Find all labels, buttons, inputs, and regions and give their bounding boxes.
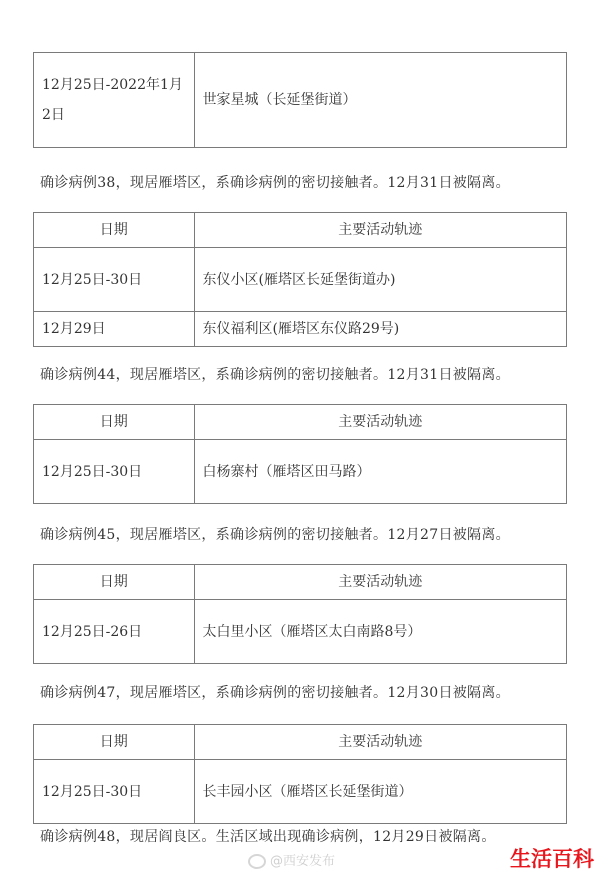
date-cell: 12月25日-26日 <box>34 600 195 664</box>
case-38-description: 确诊病例38，现居雁塔区，系确诊病例的密切接触者。12月31日被隔离。 <box>40 172 580 192</box>
location-cell: 太白里小区（雁塔区太白南路8号） <box>194 600 567 664</box>
table-header-row: 日期 主要活动轨迹 <box>34 405 567 440</box>
table-row: 12月25日-26日 太白里小区（雁塔区太白南路8号） <box>34 600 567 664</box>
date-header: 日期 <box>34 565 195 600</box>
location-cell: 世家星城（长延堡街道） <box>194 53 566 148</box>
table-row: 12月25日-30日 白杨寨村（雁塔区田马路） <box>34 440 567 504</box>
location-cell: 白杨寨村（雁塔区田马路） <box>194 440 567 504</box>
location-cell: 长丰园小区（雁塔区长延堡街道） <box>194 760 567 824</box>
date-header: 日期 <box>34 405 195 440</box>
table-row: 12月25日-30日 东仪小区(雁塔区长延堡街道办) <box>34 248 567 312</box>
table-row: 12月25日-30日 长丰园小区（雁塔区长延堡街道） <box>34 760 567 824</box>
table-row: 12月29日 东仪福利区(雁塔区东仪路29号) <box>34 312 567 347</box>
location-header: 主要活动轨迹 <box>194 725 567 760</box>
weibo-watermark: @西安发布 <box>248 850 335 869</box>
location-header: 主要活动轨迹 <box>194 565 567 600</box>
date-cell: 12月25日-2022年1月2日 <box>34 53 195 148</box>
weibo-logo-icon <box>248 854 266 869</box>
location-cell: 东仪小区(雁塔区长延堡街道办) <box>194 248 566 312</box>
date-cell: 12月25日-30日 <box>34 760 195 824</box>
weibo-account-text: @西安发布 <box>270 854 335 869</box>
date-cell: 12月25日-30日 <box>34 440 195 504</box>
date-cell: 12月29日 <box>34 312 195 347</box>
location-header: 主要活动轨迹 <box>194 405 567 440</box>
case-44-description: 确诊病例44，现居雁塔区，系确诊病例的密切接触者。12月31日被隔离。 <box>40 364 580 384</box>
date-header: 日期 <box>34 725 195 760</box>
brand-logo: 生活百科 <box>510 843 594 873</box>
itinerary-table-case-38: 日期 主要活动轨迹 12月25日-30日 东仪小区(雁塔区长延堡街道办) 12月… <box>33 212 567 347</box>
table-row: 12月25日-2022年1月2日 世家星城（长延堡街道） <box>34 53 567 148</box>
case-45-description: 确诊病例45，现居雁塔区，系确诊病例的密切接触者。12月27日被隔离。 <box>40 524 580 544</box>
itinerary-table-case-prev: 12月25日-2022年1月2日 世家星城（长延堡街道） <box>33 52 567 148</box>
case-48-description: 确诊病例48，现居阎良区。生活区域出现确诊病例，12月29日被隔离。 <box>40 826 580 846</box>
table-header-row: 日期 主要活动轨迹 <box>34 725 567 760</box>
location-header: 主要活动轨迹 <box>194 213 566 248</box>
table-header-row: 日期 主要活动轨迹 <box>34 213 567 248</box>
case-47-description: 确诊病例47，现居雁塔区，系确诊病例的密切接触者。12月30日被隔离。 <box>40 682 580 702</box>
itinerary-table-case-44: 日期 主要活动轨迹 12月25日-30日 白杨寨村（雁塔区田马路） <box>33 404 567 504</box>
itinerary-table-case-47: 日期 主要活动轨迹 12月25日-30日 长丰园小区（雁塔区长延堡街道） <box>33 724 567 824</box>
location-cell: 东仪福利区(雁塔区东仪路29号) <box>194 312 566 347</box>
date-header: 日期 <box>34 213 195 248</box>
itinerary-table-case-45: 日期 主要活动轨迹 12月25日-26日 太白里小区（雁塔区太白南路8号） <box>33 564 567 664</box>
table-header-row: 日期 主要活动轨迹 <box>34 565 567 600</box>
date-cell: 12月25日-30日 <box>34 248 195 312</box>
